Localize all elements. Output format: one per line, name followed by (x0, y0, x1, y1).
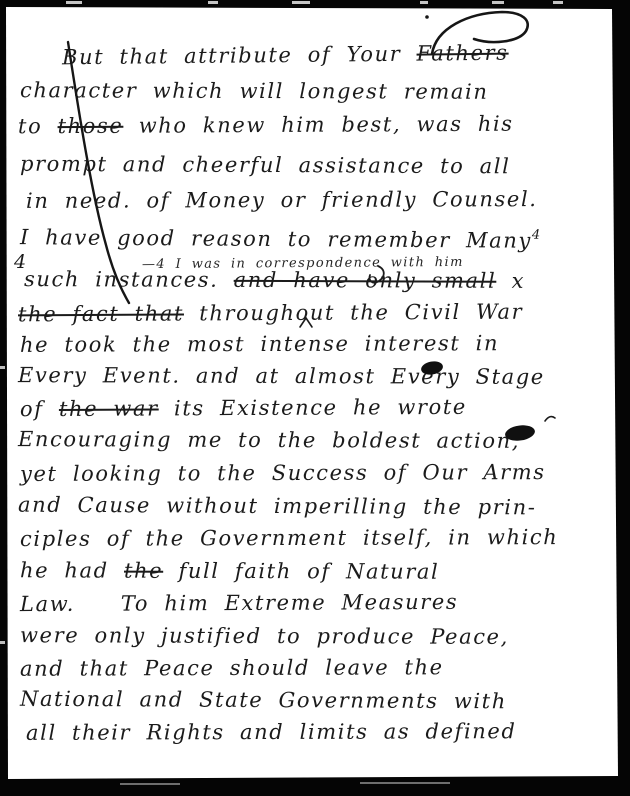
manuscript-lines: But that attribute of Your Fatherscharac… (0, 0, 630, 796)
manuscript-line: were only justified to produce Peace, (20, 622, 509, 650)
handwriting-text: throughout the Civil War (184, 300, 523, 326)
handwriting-text: I have good reason to remember Many (20, 225, 532, 253)
handwriting-text: ciples of the Government itself, in whic… (20, 525, 558, 551)
struck-text: Fathers (416, 41, 508, 66)
handwriting-text: yet looking to the Success of Our Arms (20, 460, 546, 486)
manuscript-line: character which will longest remain (20, 77, 489, 105)
handwriting-text: who knew him best, was his (123, 112, 513, 138)
manuscript-line: Every Event. and at almost Every Stage (18, 362, 545, 390)
manuscript-line: all their Rights and limits as defined (26, 718, 517, 746)
handwriting-text: character which will longest remain (20, 78, 489, 104)
manuscript-line: ciples of the Government itself, in whic… (20, 524, 558, 552)
handwriting-text: full faith of Natural (163, 559, 439, 584)
handwriting-text: and that Peace should leave the (20, 655, 444, 680)
handwriting-text: he took the most intense interest in (20, 331, 499, 357)
superscript-numeral: 4 (532, 228, 540, 243)
handwriting-text: Law. To him Extreme Measures (20, 590, 458, 616)
manuscript-line: to those who knew him best, was his (18, 111, 514, 140)
handwriting-text: x (496, 269, 525, 293)
handwriting-text: Every Event. and at almost Every Stage (18, 363, 545, 389)
handwriting-text: its Existence he wrote (159, 395, 467, 421)
struck-text: the (124, 559, 163, 583)
handwriting-text: to (18, 114, 58, 138)
manuscript-line: yet looking to the Success of Our Arms (20, 459, 546, 487)
struck-text: the war (59, 396, 159, 421)
handwriting-text: and Cause without imperilling the prin- (18, 493, 537, 520)
manuscript-line: he had the full faith of Natural (20, 557, 439, 584)
manuscript-line: of the war its Existence he wrote (20, 394, 467, 422)
struck-text: the fact that (18, 301, 184, 326)
handwriting-text: all their Rights and limits as defined (26, 719, 517, 745)
manuscript-line: and that Peace should leave the (20, 654, 444, 681)
handwriting-text: National and State Governments with (20, 687, 507, 714)
manuscript-line: the fact that throughout the Civil War (18, 299, 523, 328)
handwriting-text: in need. of Money or friendly Counsel. (26, 187, 538, 213)
handwriting-text: such instances. (24, 267, 234, 292)
handwriting-text: But that attribute of Your (62, 42, 417, 70)
manuscript-line: in need. of Money or friendly Counsel. (26, 186, 538, 214)
manuscript-scan: 4 But that attribute of Your Fatherschar… (0, 0, 630, 796)
handwriting-text: Encouraging me to the boldest action, (18, 427, 520, 453)
manuscript-line: such instances. and have only small x (24, 266, 525, 294)
handwriting-text: he had (20, 558, 124, 582)
handwriting-text: were only justified to produce Peace, (20, 623, 509, 649)
manuscript-line: he took the most intense interest in (20, 330, 499, 358)
manuscript-line: But that attribute of Your Fathers (62, 40, 509, 71)
manuscript-line: and Cause without imperilling the prin- (18, 492, 537, 521)
manuscript-line: I have good reason to remember Many4 (20, 219, 540, 254)
manuscript-line: National and State Governments with (20, 686, 507, 715)
struck-text: those (58, 114, 124, 138)
struck-text: and have only small (234, 268, 497, 293)
manuscript-line: prompt and cheerful assistance to all (20, 151, 511, 180)
manuscript-line: Encouraging me to the boldest action, (18, 426, 520, 454)
handwriting-text: of (20, 397, 59, 421)
handwriting-text: prompt and cheerful assistance to all (20, 152, 511, 179)
manuscript-line: Law. To him Extreme Measures (20, 589, 458, 617)
